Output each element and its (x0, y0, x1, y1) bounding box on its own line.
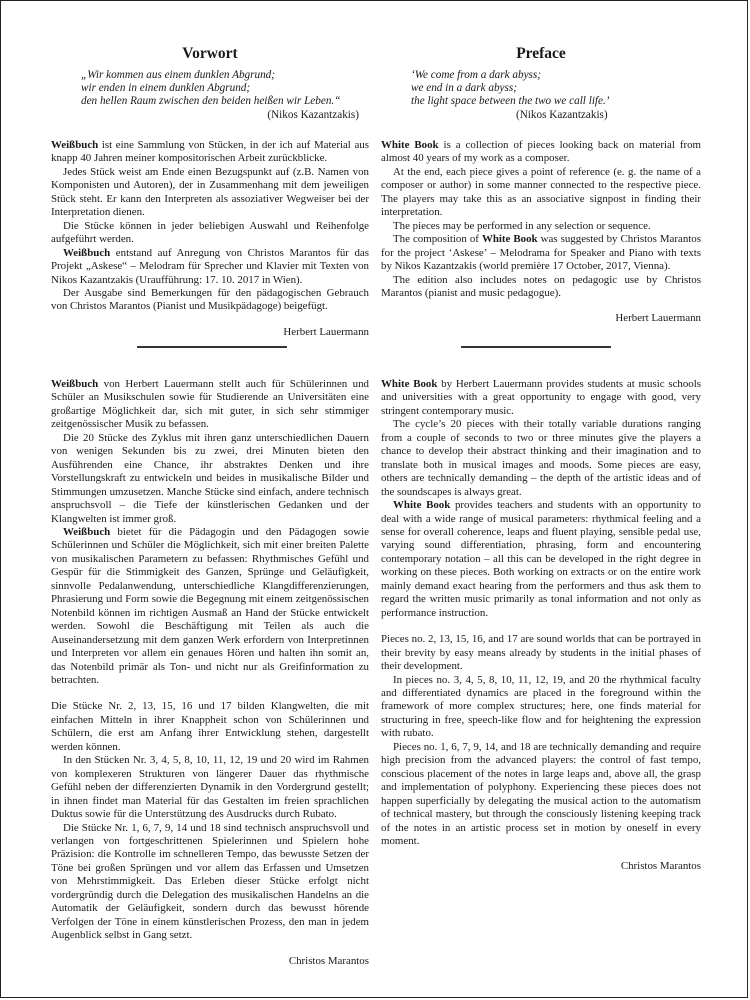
preface-text-german: Weißbuch ist eine Sammlung von Stücken, … (51, 139, 369, 339)
paragraph: Weißbuch von Herbert Lauermann stellt au… (51, 378, 369, 432)
paragraph: White Book is a collection of pieces loo… (381, 139, 701, 166)
paragraph: White Book provides teachers and student… (381, 499, 701, 620)
paragraph: Die 20 Stücke des Zyklus mit ihren ganz … (51, 432, 369, 526)
signature: Herbert Lauermann (51, 326, 369, 339)
motto-german: „Wir kommen aus einem dunklen Abgrund; w… (81, 69, 369, 122)
paragraph: In den Stücken Nr. 3, 4, 5, 8, 10, 11, 1… (51, 754, 369, 821)
preface-text-english: White Book is a collection of pieces loo… (381, 139, 701, 326)
paragraph: Jedes Stück weist am Ende einen Bezugspu… (51, 166, 369, 220)
paragraph: Pieces no. 1, 6, 7, 9, 14, and 18 are te… (381, 741, 701, 849)
motto-line: wir enden in einem dunklen Abgrund; (81, 82, 369, 95)
english-column: Preface ‘We come from a dark abyss; we e… (381, 1, 701, 998)
section-divider (461, 346, 611, 348)
signature: Christos Marantos (51, 955, 369, 968)
paragraph-text: bietet für die Pädagogin und den Pädagog… (51, 526, 369, 686)
paragraph: In pieces no. 3, 4, 5, 8, 10, 11, 12, 19… (381, 674, 701, 741)
work-title: White Book (381, 378, 437, 390)
motto-line: „Wir kommen aus einem dunklen Abgrund; (81, 69, 369, 82)
german-column: Vorwort „Wir kommen aus einem dunklen Ab… (51, 1, 369, 998)
paragraph: At the end, each piece gives a point of … (381, 166, 701, 220)
paragraph-text: provides teachers and students with an o… (381, 499, 701, 619)
score-preface-page: Vorwort „Wir kommen aus einem dunklen Ab… (0, 0, 748, 998)
motto-line: den hellen Raum zwischen den beiden heiß… (81, 95, 369, 108)
page-title-german: Vorwort (51, 45, 369, 63)
paragraph: Die Stücke können in jeder beliebigen Au… (51, 220, 369, 247)
work-title: Weißbuch (51, 378, 98, 390)
work-title: Weißbuch (63, 247, 110, 259)
pedagogy-text-german: Weißbuch von Herbert Lauermann stellt au… (51, 378, 369, 968)
paragraph: The composition of White Book was sugges… (381, 233, 701, 273)
paragraph: Die Stücke Nr. 1, 6, 7, 9, 14 und 18 sin… (51, 822, 369, 943)
motto-source: (Nikos Kazantzakis) (411, 109, 701, 122)
paragraph-text: von Herbert Lauermann stellt auch für Sc… (51, 378, 369, 430)
motto-line: ‘We come from a dark abyss; (411, 69, 701, 82)
paragraph-text: The composition of (393, 233, 482, 245)
paragraph: Weißbuch bietet für die Pädagogin und de… (51, 526, 369, 687)
pedagogy-text-english: White Book by Herbert Lauermann provides… (381, 378, 701, 874)
section-divider (137, 346, 287, 348)
work-title: Weißbuch (63, 526, 110, 538)
paragraph: The cycle’s 20 pieces with their totally… (381, 418, 701, 499)
paragraph: Die Stücke Nr. 2, 13, 15, 16 und 17 bild… (51, 700, 369, 754)
motto-source: (Nikos Kazantzakis) (81, 109, 369, 122)
motto-line: the light space between the two we call … (411, 95, 701, 108)
signature: Christos Marantos (381, 860, 701, 873)
paragraph: Weißbuch ist eine Sammlung von Stücken, … (51, 139, 369, 166)
signature: Herbert Lauermann (381, 312, 701, 325)
motto-english: ‘We come from a dark abyss; we end in a … (411, 69, 701, 122)
page-title-english: Preface (381, 45, 701, 63)
paragraph: Weißbuch entstand auf Anregung von Chris… (51, 247, 369, 287)
work-title: White Book (381, 139, 439, 151)
work-title: White Book (482, 233, 538, 245)
work-title: White Book (393, 499, 450, 511)
motto-line: we end in a dark abyss; (411, 82, 701, 95)
paragraph: The pieces may be performed in any selec… (381, 220, 701, 233)
paragraph: The edition also includes notes on pedag… (381, 274, 701, 301)
paragraph: Pieces no. 2, 13, 15, 16, and 17 are sou… (381, 633, 701, 673)
work-title: Weißbuch (51, 139, 98, 151)
paragraph: White Book by Herbert Lauermann provides… (381, 378, 701, 418)
paragraph-text: ist eine Sammlung von Stücken, in der ic… (51, 139, 369, 164)
paragraph: Der Ausgabe sind Bemerkungen für den päd… (51, 287, 369, 314)
